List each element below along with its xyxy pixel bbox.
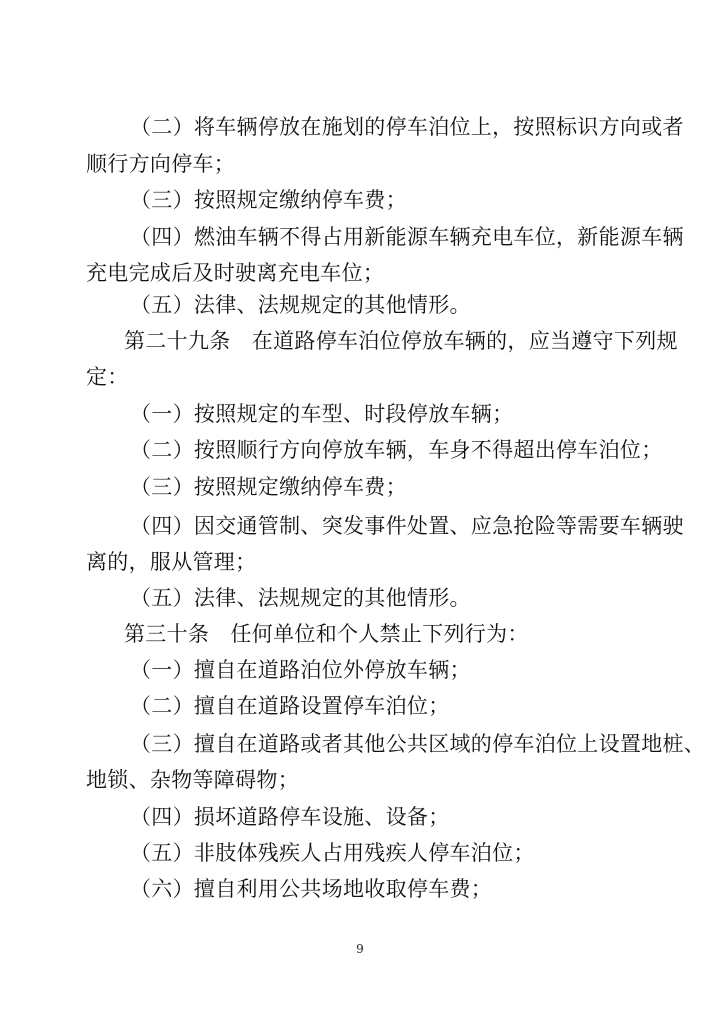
paragraph-line: 定： — [86, 364, 129, 390]
paragraph-line: （三）按照规定缴纳停车费； — [130, 187, 407, 213]
paragraph-line: （一）按照规定的车型、时段停放车辆； — [130, 401, 513, 427]
page-number: 9 — [0, 942, 720, 956]
article-heading-line: 第二十九条 在道路停车泊位停放车辆的，应当遵守下列规 — [124, 328, 678, 354]
paragraph-line: （六）擅自利用公共场地收取停车费； — [130, 876, 492, 902]
paragraph-line: （四）损坏道路停车设施、设备； — [130, 804, 450, 830]
paragraph-line: （五）法律、法规规定的其他情形。 — [130, 292, 471, 318]
paragraph-line: 顺行方向停车； — [86, 151, 235, 177]
paragraph-line: （二）擅自在道路设置停车泊位； — [130, 693, 450, 719]
document-page: （二）将车辆停放在施划的停车泊位上，按照标识方向或者 顺行方向停车； （三）按照… — [0, 0, 720, 1018]
article-heading-line: 第三十条 任何单位和个人禁止下列行为： — [124, 621, 529, 647]
paragraph-line: （一）擅自在道路泊位外停放车辆； — [130, 657, 471, 683]
paragraph-line: （五）非肢体残疾人占用残疾人停车泊位； — [130, 840, 535, 866]
paragraph-line: （五）法律、法规规定的其他情形。 — [130, 585, 471, 611]
paragraph-line: （四）燃油车辆不得占用新能源车辆充电车位，新能源车辆 — [130, 224, 684, 250]
paragraph-line: 离的，服从管理； — [86, 549, 256, 575]
paragraph-line: （二）将车辆停放在施划的停车泊位上，按照标识方向或者 — [130, 114, 684, 140]
paragraph-line: （三）按照规定缴纳停车费； — [130, 474, 407, 500]
paragraph-line: （四）因交通管制、突发事件处置、应急抢险等需要车辆驶 — [130, 513, 684, 539]
paragraph-line: 地锁、杂物等障碍物； — [86, 767, 299, 793]
paragraph-line: （二）按照顺行方向停放车辆，车身不得超出停车泊位； — [130, 437, 663, 463]
paragraph-line: 充电完成后及时驶离充电车位； — [86, 260, 384, 286]
paragraph-line: （三）擅自在道路或者其他公共区域的停车泊位上设置地桩、 — [130, 731, 705, 757]
